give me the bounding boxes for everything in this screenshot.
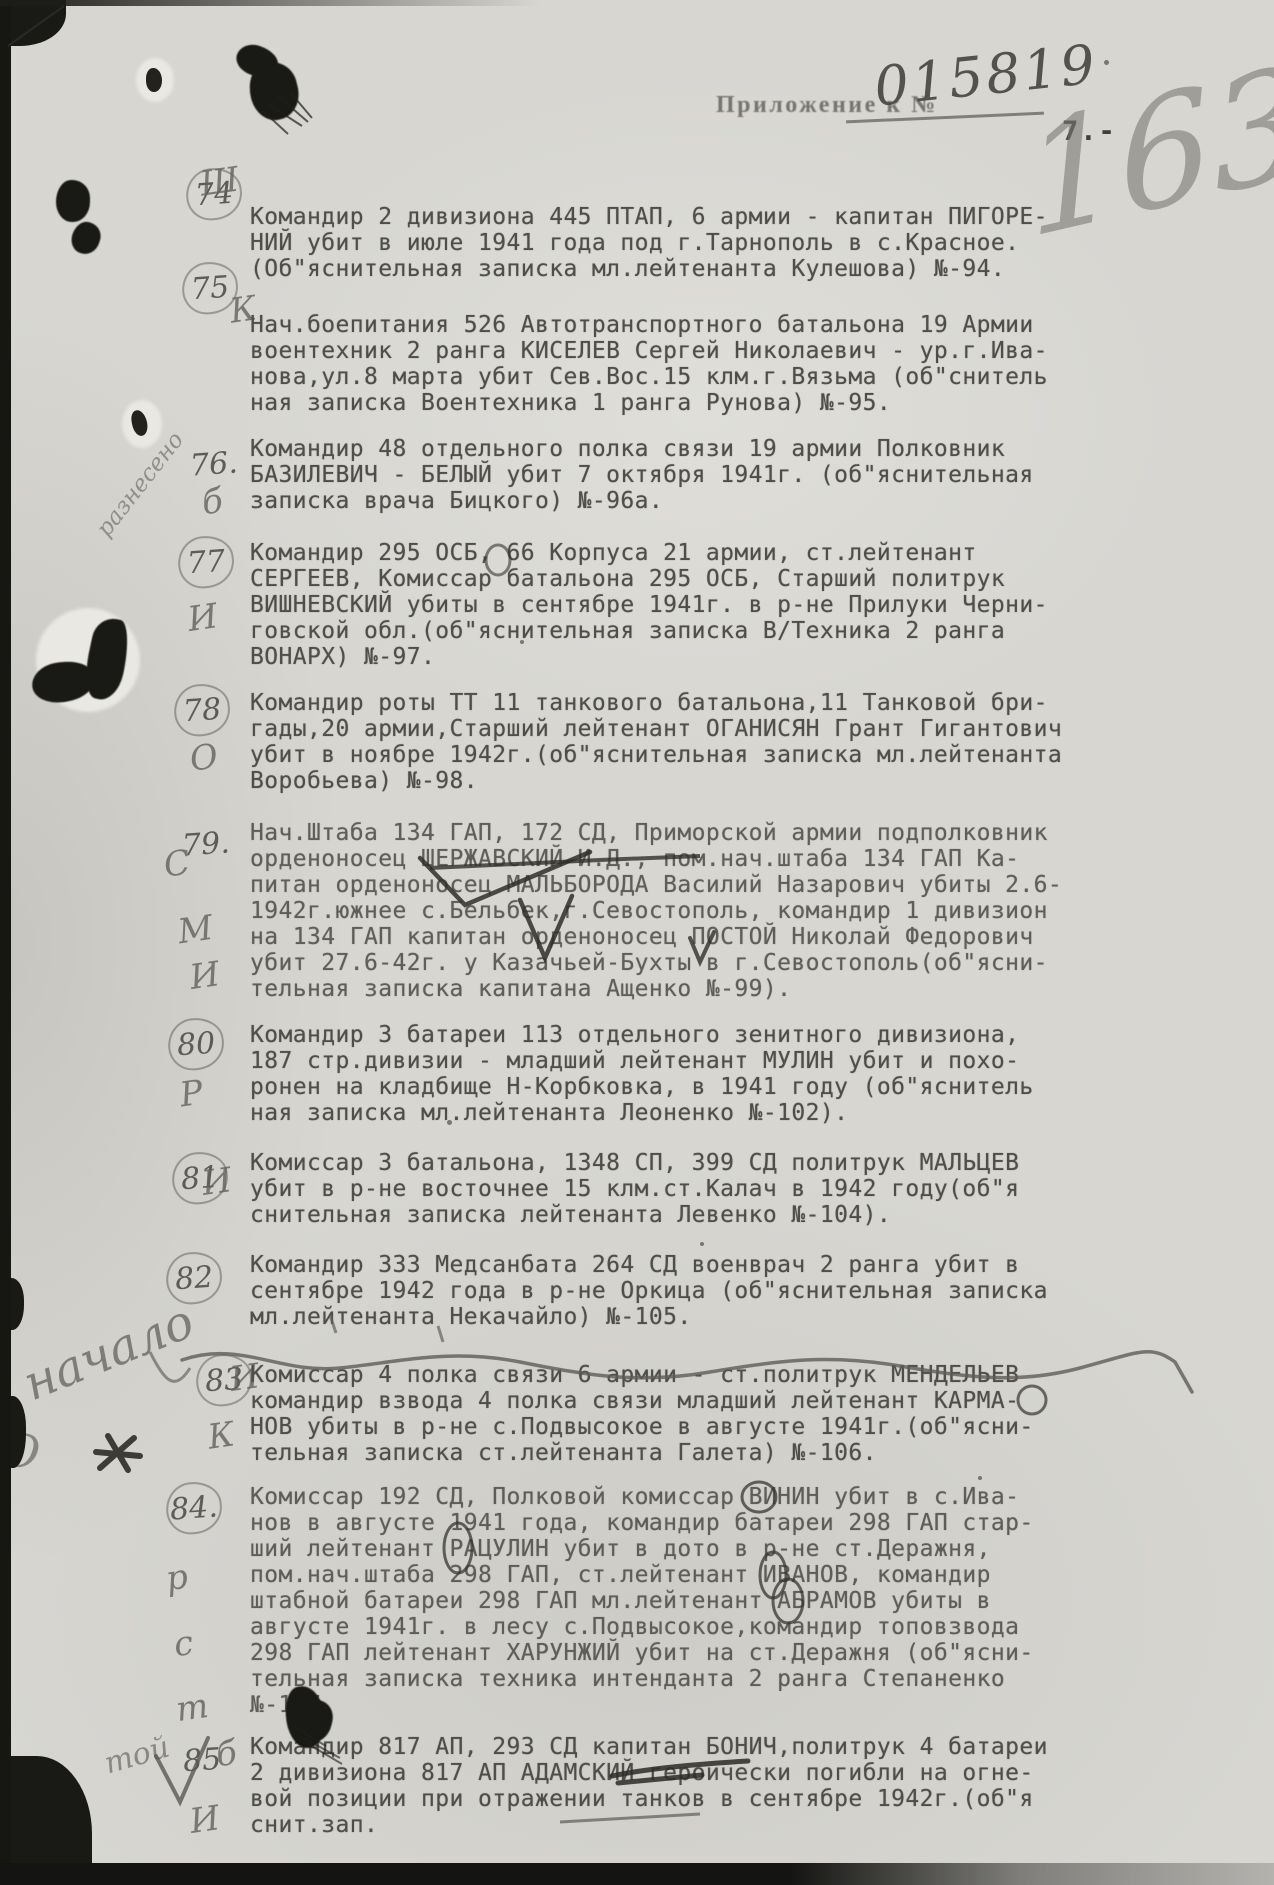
entry-76-text: Командир 48 отдельного полка связи 19 ар… (250, 436, 1034, 514)
speck (1104, 60, 1109, 65)
entry-75-margin-number: 75К (182, 262, 238, 314)
margin-letter: И (187, 954, 222, 998)
scan-edge-bottom (0, 1863, 1274, 1885)
margin-letter: с (171, 1623, 195, 1665)
ink-scribble (96, 1436, 140, 1470)
entry-74-text: Командир 2 дивизиона 445 ПТАП, 6 армии -… (250, 204, 1048, 282)
margin-note-bottom: той (100, 1730, 173, 1782)
speck (978, 1476, 982, 1480)
entry-number: 76. (189, 445, 239, 483)
entry-82-margin-number: 82 (166, 1252, 222, 1304)
ink-blot (68, 218, 105, 257)
entry-85-margin-number: 85бИ (174, 1734, 230, 1786)
entry-83-text: Комиссар 4 полка связи 6 армии - ст.поли… (250, 1362, 1034, 1466)
entry-78-text: Командир роты ТТ 11 танкового батальона,… (250, 690, 1062, 794)
entry-77-text: Командир 295 ОСБ, 66 Корпуса 21 армии, с… (250, 540, 1048, 670)
entry-80-margin-number: 80Р (168, 1018, 224, 1070)
scan-edge-top (0, 0, 540, 6)
margin-letter: И (187, 1798, 222, 1842)
entry-number: 75 (190, 269, 231, 307)
ink-blot (56, 180, 90, 222)
entry-77-margin-number: 77И (178, 536, 234, 588)
margin-letter: И (199, 1160, 234, 1204)
margin-letter: р (163, 1557, 190, 1600)
entry-83-margin-number: 83ИК (196, 1354, 252, 1406)
margin-letter: О (187, 736, 220, 779)
margin-letter: Р (177, 1073, 205, 1116)
entry-79-margin-number: 79.СМИ (178, 818, 234, 870)
entry-number: 78 (182, 691, 223, 729)
entry-75-text: Нач.боепитания 526 Автотранспортного бат… (250, 312, 1048, 416)
paper-hole-core (146, 68, 162, 92)
scan-edge-left (0, 0, 11, 1885)
entry-84-margin-number: 84.рст (166, 1482, 222, 1534)
speck (700, 1242, 704, 1246)
margin-letter: Ш (197, 159, 241, 204)
entry-80-text: Командир 3 батареи 113 отдельного зенитн… (250, 1022, 1034, 1126)
entry-82-text: Командир 333 Медсанбата 264 СД военврач … (250, 1252, 1048, 1330)
margin-letter: б (199, 481, 225, 524)
entry-number: 84. (169, 1489, 219, 1527)
entry-number: 80 (176, 1025, 217, 1063)
margin-letter: т (173, 1686, 211, 1730)
entry-number: 77 (186, 543, 227, 581)
margin-letter: И (185, 596, 220, 640)
entry-85-text: Командир 817 АП, 293 СД капитан БОНИЧ,по… (250, 1734, 1048, 1838)
margin-letter: К (205, 1414, 237, 1457)
entry-84-text: Комиссар 192 СД, Полковой комиссар ВИНИН… (250, 1484, 1034, 1718)
scanned-document-page: Приложение к № 015819 7.- 163 разнесено … (0, 0, 1274, 1885)
entry-74-margin-number: 74Ш (186, 168, 242, 220)
speck (447, 1120, 452, 1125)
margin-note-nachalo: начало (16, 1293, 202, 1412)
speck (520, 640, 524, 644)
entry-79-text: Нач.Штаба 134 ГАП, 172 СД, Приморской ар… (250, 820, 1062, 1002)
margin-letter: б (213, 1733, 239, 1776)
entry-number: 82 (174, 1259, 215, 1297)
entry-81-margin-number: 81И (172, 1152, 228, 1204)
entry-76-margin-number: 76.б (186, 438, 242, 490)
margin-letter: С (161, 842, 192, 885)
margin-letter: М (175, 908, 215, 952)
entry-81-text: Комиссар 3 батальона, 1348 СП, 399 СД по… (250, 1150, 1019, 1228)
entry-78-margin-number: 78О (174, 684, 230, 736)
